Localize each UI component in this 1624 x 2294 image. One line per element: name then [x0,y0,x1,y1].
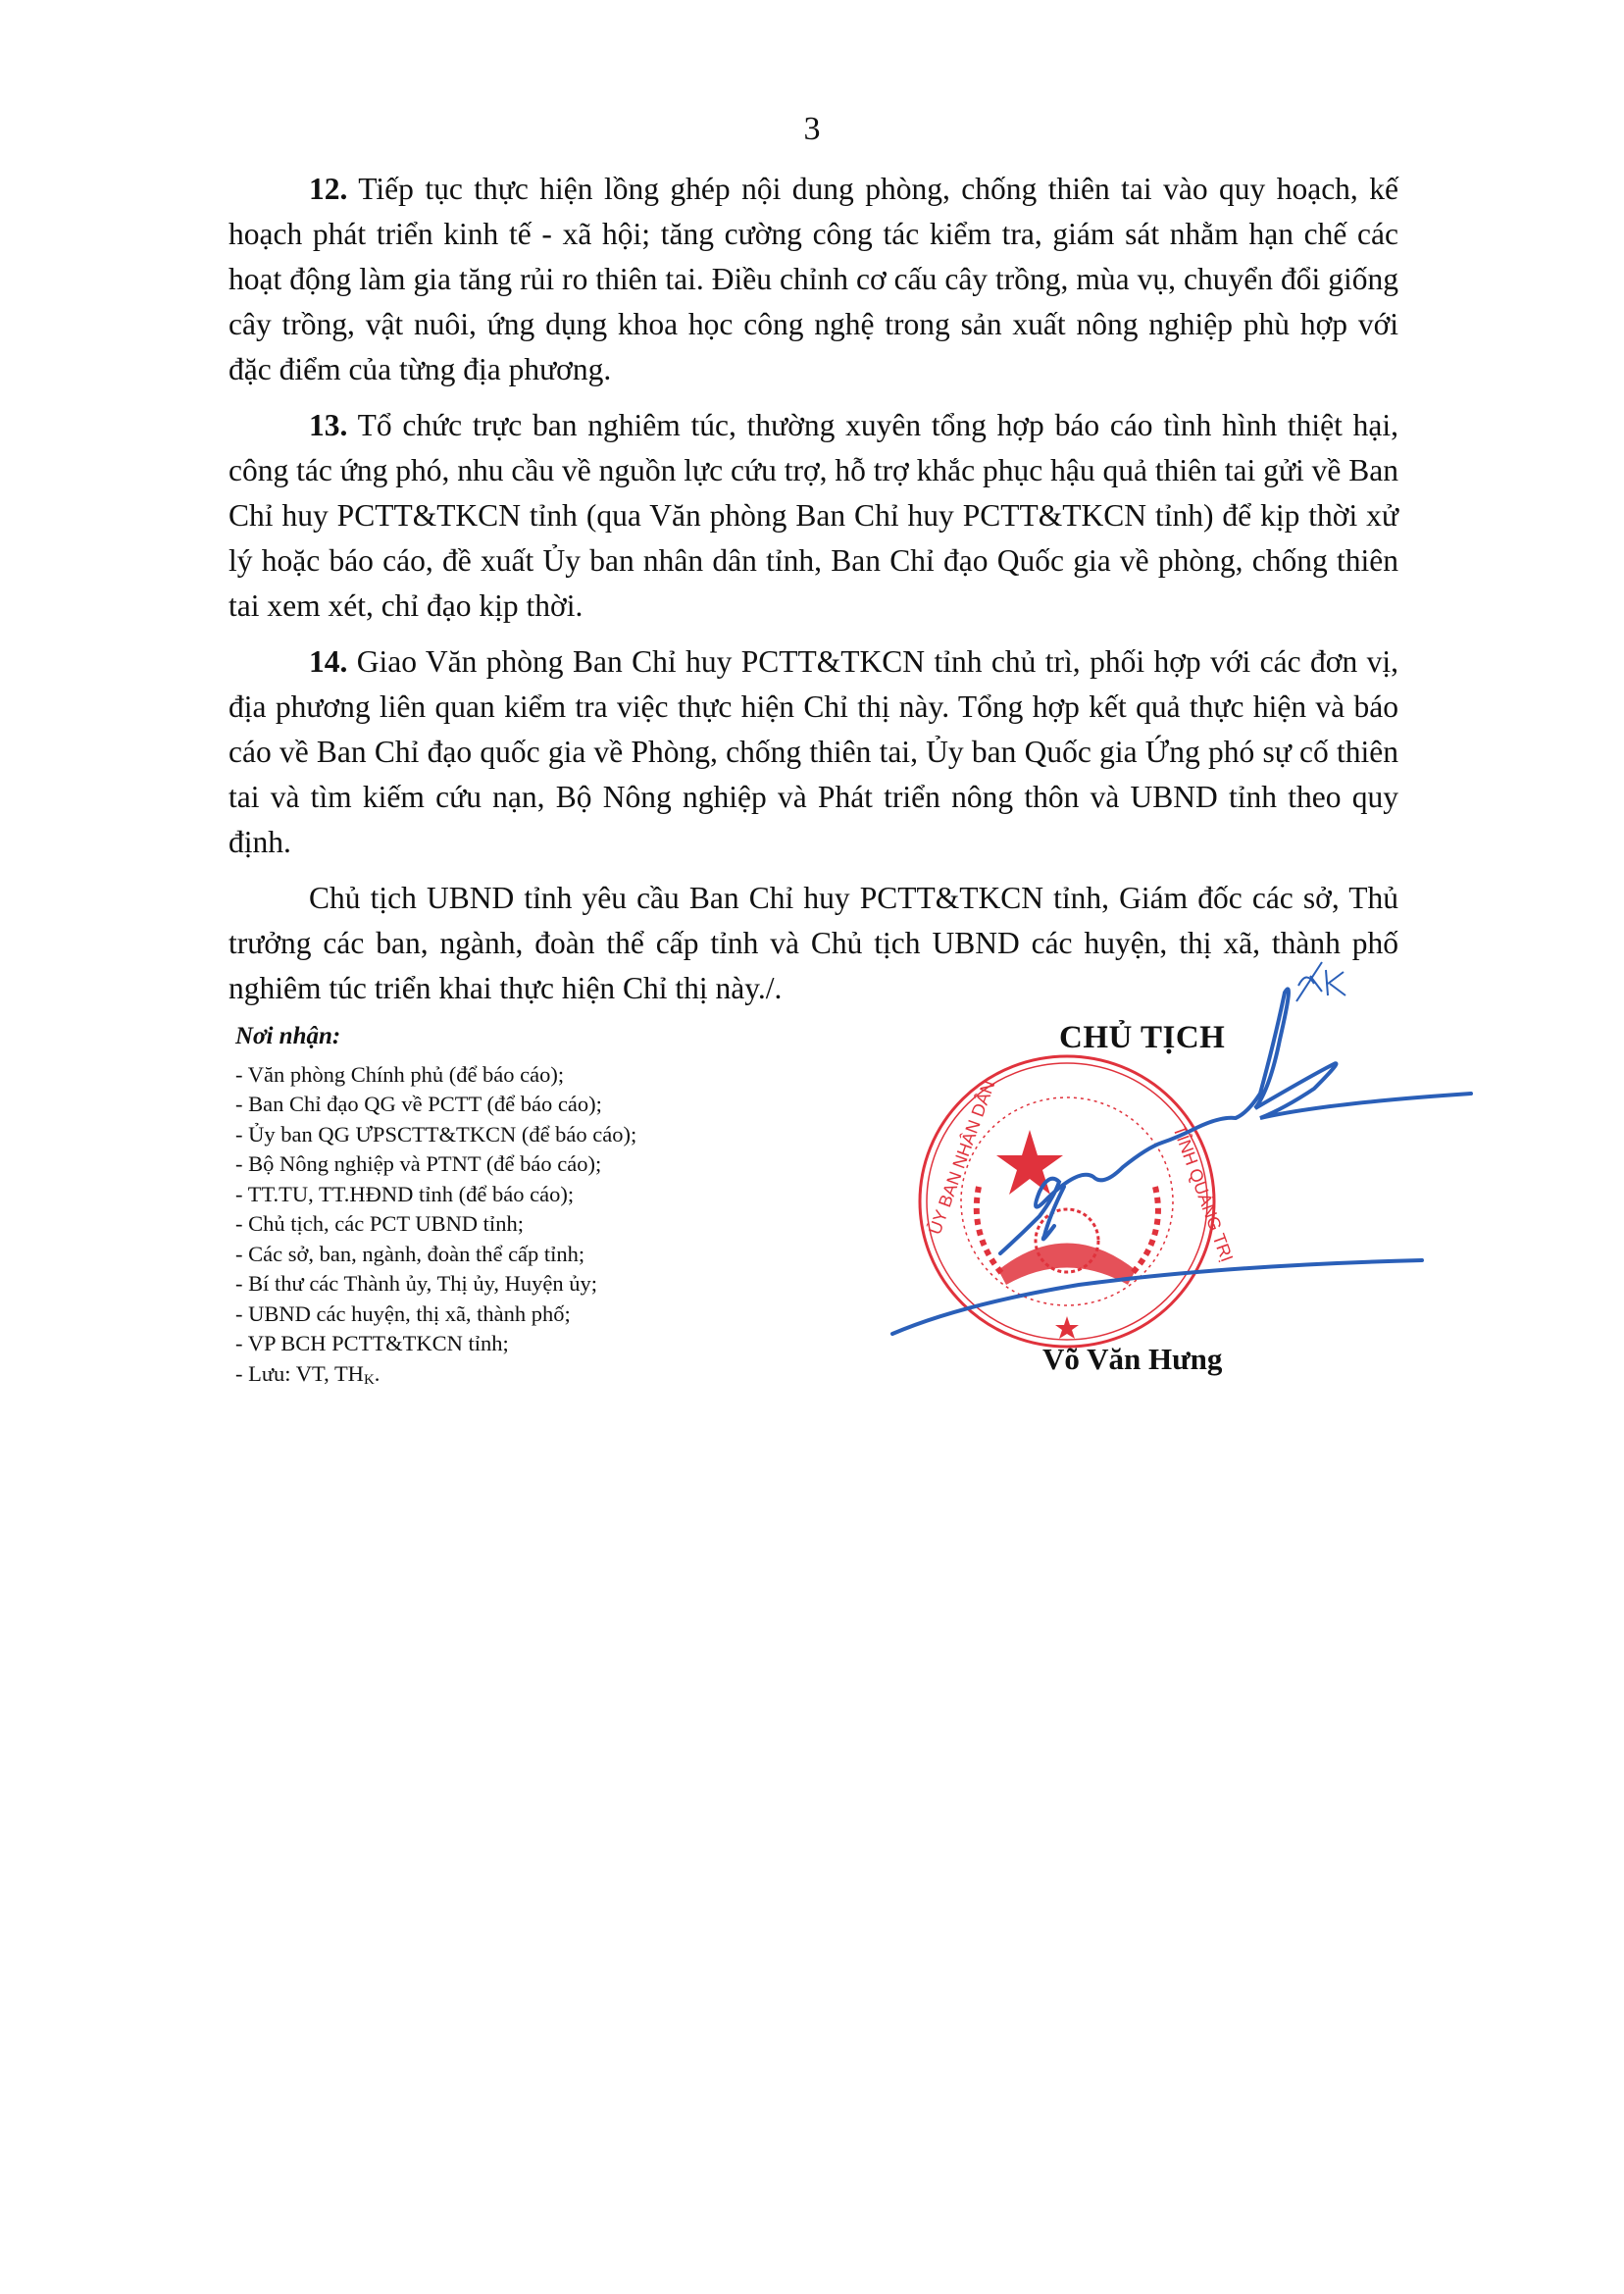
closing-paragraph: Chủ tịch UBND tỉnh yêu cầu Ban Chỉ huy P… [228,876,1398,1011]
paragraph-text: Tiếp tục thực hiện lồng ghép nội dung ph… [228,172,1398,386]
paragraph-number: 12. [309,172,347,206]
list-item: - VP BCH PCTT&TKCN tỉnh; [235,1329,863,1359]
paragraph-text: Tổ chức trực ban nghiêm túc, thường xuyê… [228,408,1398,623]
list-item: - Văn phòng Chính phủ (để báo cáo); [235,1060,863,1091]
list-item: - Bí thư các Thành ủy, Thị ủy, Huyện ủy; [235,1269,863,1300]
archive-label: - Lưu: VT, TH [235,1361,364,1386]
list-item: - Các sở, ban, ngành, đoàn thể cấp tỉnh; [235,1240,863,1270]
paragraph-13: 13. Tổ chức trực ban nghiêm túc, thường … [228,403,1398,629]
list-item: - Chủ tịch, các PCT UBND tỉnh; [235,1209,863,1240]
official-seal-icon: ỦY BAN NHÂN DÂN TỈNH QUẢNG TRỊ [910,1040,1234,1353]
list-item: - Ban Chỉ đạo QG về PCTT (để báo cáo); [235,1090,863,1120]
recipients-list: - Văn phòng Chính phủ (để báo cáo); - Ba… [235,1060,863,1396]
recipients-heading: Nơi nhận: [235,1022,863,1052]
list-item: - Ủy ban QG ƯPSCTT&TKCN (để báo cáo); [235,1120,863,1150]
list-item: - Lưu: VT, THK. [235,1359,863,1396]
paragraph-12: 12. Tiếp tục thực hiện lồng ghép nội dun… [228,167,1398,392]
document-body: 12. Tiếp tục thực hiện lồng ghép nội dun… [228,167,1398,1022]
archive-sub: K [364,1372,375,1388]
paragraph-number: 13. [309,408,347,442]
signer-name: Võ Văn Hưng [1042,1342,1222,1377]
initials-mark-icon [1293,956,1351,1005]
archive-suffix: . [375,1361,381,1386]
recipients-block: Nơi nhận: - Văn phòng Chính phủ (để báo … [235,1022,863,1395]
paragraph-number: 14. [309,644,347,679]
list-item: - UBND các huyện, thị xã, thành phố; [235,1300,863,1330]
paragraph-text: Chủ tịch UBND tỉnh yêu cầu Ban Chỉ huy P… [228,881,1398,1005]
signer-title: CHỦ TỊCH [1059,1020,1225,1056]
list-item: - Bộ Nông nghiệp và PTNT (để báo cáo); [235,1149,863,1180]
paragraph-14: 14. Giao Văn phòng Ban Chỉ huy PCTT&TKCN… [228,639,1398,865]
page-number: 3 [0,110,1624,149]
paragraph-text: Giao Văn phòng Ban Chỉ huy PCTT&TKCN tỉn… [228,644,1398,859]
list-item: - TT.TU, TT.HĐND tỉnh (để báo cáo); [235,1180,863,1210]
